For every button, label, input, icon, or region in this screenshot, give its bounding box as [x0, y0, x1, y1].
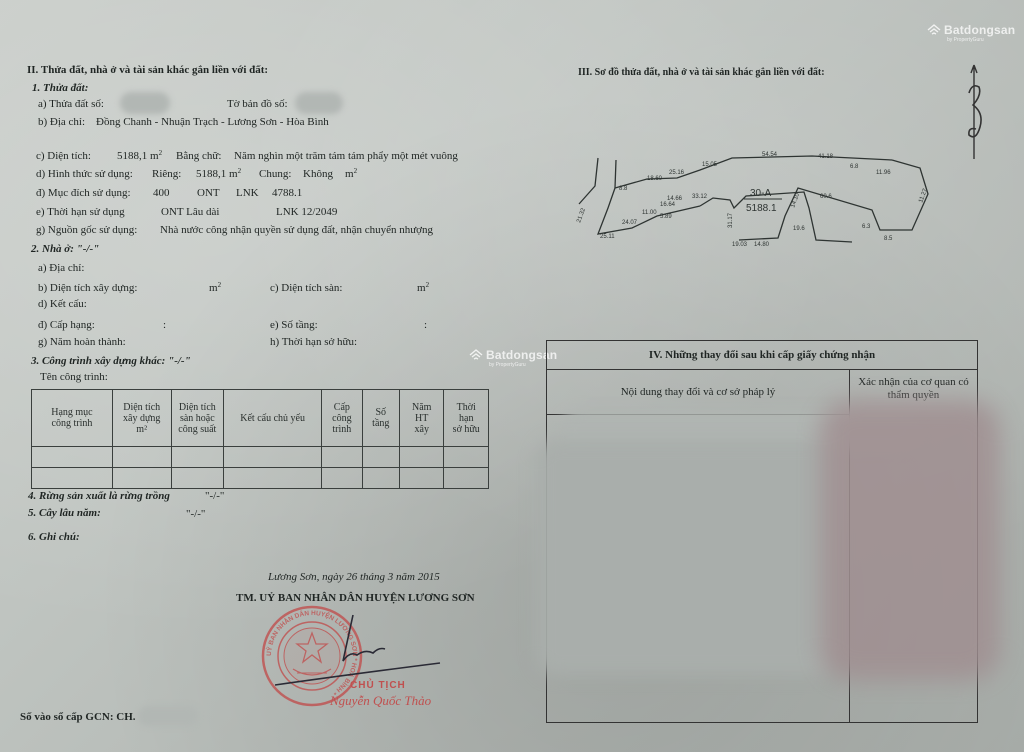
place-date: Lương Sơn, ngày 26 tháng 3 năm 2015	[268, 571, 440, 584]
built-area-unit: m2	[209, 282, 221, 295]
svg-text:19.03: 19.03	[732, 242, 748, 248]
other-works-table: Hạng mục công trình Diện tích xây dựng m…	[31, 389, 489, 489]
usage-form-shared-unit: m2	[345, 168, 357, 181]
address-label: b) Địa chỉ:	[38, 116, 85, 129]
col-change-content: Nội dung thay đổi và cơ sở pháp lý	[547, 370, 849, 414]
floor-area-label: c) Diện tích sàn:	[270, 282, 342, 295]
svg-text:41.18: 41.18	[818, 154, 834, 160]
forest-heading: 4. Rừng sản xuất là rừng trồng	[28, 490, 170, 503]
area-words-label: Bằng chữ:	[176, 150, 221, 163]
watermark-top-right: Batdongsan by PropertyGuru	[927, 21, 1015, 43]
svg-text:14.80: 14.80	[754, 242, 770, 248]
svg-text:24.07: 24.07	[622, 220, 638, 226]
col-ownership-term: Thời hạn sở hữu	[444, 390, 489, 447]
svg-text:30-A: 30-A	[750, 188, 771, 199]
col-built-area: Diện tích xây dựng m²	[112, 390, 171, 447]
svg-text:19.6: 19.6	[793, 226, 805, 232]
notes-heading: 6. Ghi chú:	[28, 531, 80, 544]
parcel-diagram: 30-A 5188.1 21.32 25.11 8.8 18.60 25.16 …	[572, 148, 932, 248]
col-structure: Kết cấu chủ yếu	[224, 390, 322, 447]
ownership-term-label: h) Thời hạn sở hữu:	[270, 336, 357, 349]
table-row	[32, 468, 489, 489]
svg-text:6.8: 6.8	[850, 164, 859, 170]
svg-text:11.00: 11.00	[642, 210, 657, 216]
redacted-confirmation-stamps	[820, 400, 1000, 680]
perennial-heading: 5. Cây lâu năm:	[28, 507, 101, 520]
north-arrow-icon	[960, 63, 990, 163]
svg-text:6.3: 6.3	[862, 224, 871, 230]
origin-value: Nhà nước công nhận quyền sử dụng đất, nh…	[160, 224, 433, 237]
svg-text:60.6: 60.6	[820, 194, 832, 200]
svg-text:18.60: 18.60	[647, 176, 663, 182]
purpose-lnk-code: LNK	[236, 187, 259, 200]
svg-text:5.89: 5.89	[660, 214, 672, 220]
purpose-lnk-area: 4788.1	[272, 187, 302, 200]
section-4-heading: IV. Những thay đổi sau khi cấp giấy chứn…	[547, 341, 977, 370]
floor-area-unit: m2	[417, 282, 429, 295]
structure-label: d) Kết cấu:	[38, 298, 87, 311]
area-label: c) Diện tích:	[36, 150, 91, 163]
floors-label: e) Số tầng:	[270, 319, 318, 332]
svg-text:15.05: 15.05	[702, 162, 718, 168]
svg-text:8.5: 8.5	[884, 236, 893, 242]
usage-form-private-label: Riêng:	[152, 168, 181, 181]
svg-text:54.54: 54.54	[762, 152, 778, 158]
section-2-heading: II. Thửa đất, nhà ở và tài sản khác gắn …	[27, 64, 268, 77]
official-stamp-and-signature: UỶ BAN NHÂN DÂN HUYỆN LƯƠNG SƠN * HOÀ BÌ…	[255, 603, 465, 713]
term-ont: ONT Lâu dài	[161, 206, 219, 219]
term-lnk: LNK 12/2049	[276, 206, 337, 219]
map-sheet-label: Tờ bản đồ số:	[227, 98, 288, 111]
col-floors: Số tầng	[362, 390, 399, 447]
grade-label: đ) Cấp hạng:	[38, 319, 95, 332]
section-3-heading: III. Sơ đồ thửa đất, nhà ở và tài sản kh…	[578, 66, 825, 79]
svg-text:14.10: 14.10	[790, 192, 801, 209]
usage-form-shared-label: Chung:	[259, 168, 291, 181]
parcel-number-label: a) Thửa đất số:	[38, 98, 104, 111]
svg-text:16.64: 16.64	[660, 202, 676, 208]
svg-text:25.16: 25.16	[669, 170, 685, 176]
col-grade: Cấp công trình	[322, 390, 362, 447]
redacted-registry-number	[138, 706, 198, 726]
batdongsan-logo-icon	[469, 348, 483, 362]
batdongsan-logo-icon	[927, 23, 941, 37]
floors-colon: :	[424, 319, 427, 332]
col-year: Năm HT xây	[399, 390, 443, 447]
forest-value: "-/-"	[205, 490, 224, 503]
term-label: e) Thời hạn sử dụng	[36, 206, 125, 219]
redacted-map-sheet	[295, 92, 343, 114]
address-value: Đồng Chanh - Nhuận Trạch - Lương Sơn - H…	[96, 116, 329, 129]
svg-text:31.17: 31.17	[728, 212, 734, 228]
year-completed-label: g) Năm hoàn thành:	[38, 336, 126, 349]
svg-text:11.96: 11.96	[876, 170, 891, 176]
col-work-item: Hạng mục công trình	[32, 390, 113, 447]
land-heading: 1. Thửa đất:	[32, 82, 88, 95]
table-header-row: Hạng mục công trình Diện tích xây dựng m…	[32, 390, 489, 447]
work-name-label: Tên công trình:	[40, 371, 108, 384]
svg-text:8.8: 8.8	[619, 186, 628, 192]
table-row	[32, 447, 489, 468]
registry-number-label: Số vào sổ cấp GCN: CH.	[20, 711, 136, 724]
built-area-label: b) Diện tích xây dựng:	[38, 282, 137, 295]
svg-text:25.11: 25.11	[600, 234, 615, 240]
svg-text:33.12: 33.12	[692, 194, 708, 200]
redacted-parcel-number	[120, 92, 170, 114]
perennial-value: "-/-"	[186, 508, 205, 521]
col-floor-area: Diện tích sàn hoặc công suất	[171, 390, 224, 447]
svg-text:CHỦ TỊCH: CHỦ TỊCH	[350, 678, 406, 691]
watermark-center: Batdongsan by PropertyGuru	[469, 346, 557, 368]
svg-text:5188.1: 5188.1	[746, 203, 777, 214]
purpose-ont-code: ONT	[197, 187, 220, 200]
origin-label: g) Nguồn gốc sử dụng:	[36, 224, 137, 237]
purpose-ont-area: 400	[153, 187, 170, 200]
other-works-heading: 3. Công trình xây dựng khác: "-/-"	[31, 355, 191, 368]
svg-text:21.32: 21.32	[576, 207, 587, 224]
house-address-label: a) Địa chỉ:	[38, 262, 84, 275]
usage-form-shared-value: Không	[303, 168, 333, 181]
redacted-change-content	[536, 440, 836, 675]
svg-text:Nguyễn Quốc Thảo: Nguyễn Quốc Thảo	[329, 693, 432, 708]
grade-colon: :	[163, 319, 166, 332]
purpose-label: đ) Mục đích sử dụng:	[36, 187, 131, 200]
usage-form-label: d) Hình thức sử dụng:	[36, 168, 133, 181]
area-value: 5188,1 m2	[117, 150, 162, 163]
usage-form-private-value: 5188,1 m2	[196, 168, 241, 181]
house-heading: 2. Nhà ở: "-/-"	[31, 243, 99, 256]
area-words-value: Năm nghìn một trăm tám tám phẩy một mét …	[234, 150, 458, 163]
